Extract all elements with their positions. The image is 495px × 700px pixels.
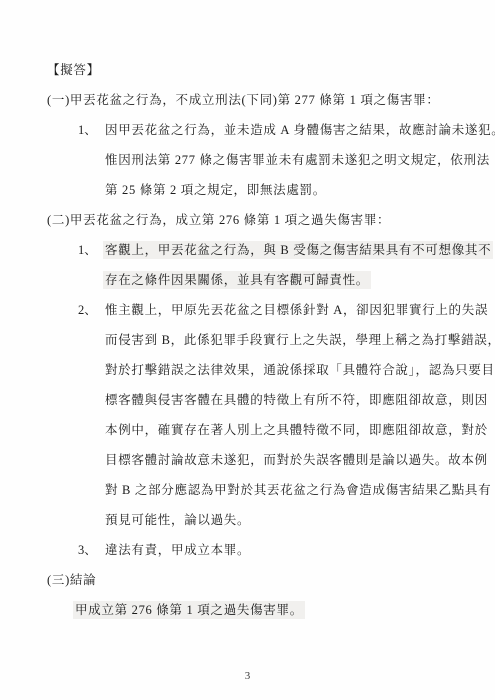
body-line-text: 目標客體討論故意未遂犯，而對於失誤客體則是論以過失。故本例	[105, 453, 488, 467]
body-line: 而侵害到 B，此係犯罪手段實行上之失誤，學理上稱之為打擊錯誤，	[105, 325, 457, 355]
body-line: 惟因刑法第 277 條之傷害罪並未有處罰未遂犯之明文規定，依刑法	[105, 145, 457, 175]
body-line: 本例中，確實存在著人別上之具體特徵不同，即應阻卻故意，對於	[105, 415, 457, 445]
body-line-text: 而侵害到 B，此係犯罪手段實行上之失誤，學理上稱之為打擊錯誤，	[105, 333, 495, 347]
list-item-number: 2、	[78, 295, 105, 325]
list-item: 1、客觀上，甲丟花盆之行為，與 B 受傷之傷害結果具有不可想像其不	[78, 235, 457, 265]
list-item-number: 1、	[78, 115, 105, 145]
body-line-text: 本例中，確實存在著人別上之具體特徵不同，即應阻卻故意，對於	[105, 423, 488, 437]
section-heading-text: (二)甲丟花盆之行為，成立第 276 條第 1 項之過失傷害罪：	[47, 213, 390, 227]
body-line: 存在之條件因果關係，並具有客觀可歸責性。	[105, 265, 457, 295]
body-line: 第 25 條第 2 項之規定，即無法處罰。	[105, 175, 457, 205]
list-item: 2、惟主觀上，甲原先丟花盆之目標係針對 A，卻因犯罪實行上的失誤	[78, 295, 457, 325]
list-item-text: 惟主觀上，甲原先丟花盆之目標係針對 A，卻因犯罪實行上的失誤	[105, 303, 488, 317]
document-page: 【擬答】 (一)甲丟花盆之行為，不成立刑法(下同)第 277 條第 1 項之傷害…	[0, 0, 495, 700]
page-number: 3	[0, 670, 495, 682]
body-line: 標客體與侵害客體在具體的特徵上有所不符，即應阻卻故意，則因	[105, 385, 457, 415]
body-line: 對 B 之部分應認為甲對於其丟花盆之行為會造成傷害結果乙點具有	[105, 475, 457, 505]
section-heading-1: (一)甲丟花盆之行為，不成立刑法(下同)第 277 條第 1 項之傷害罪：	[47, 85, 457, 115]
list-item: 1、因甲丟花盆之行為，並未造成 A 身體傷害之結果，故應討論未遂犯。	[78, 115, 457, 145]
conclusion-line: 甲成立第 276 條第 1 項之過失傷害罪。	[75, 595, 457, 625]
body-line-text: 第 25 條第 2 項之規定，即無法處罰。	[105, 183, 326, 197]
conclusion-text: 甲成立第 276 條第 1 項之過失傷害罪。	[75, 603, 303, 617]
list-item-text: 因甲丟花盆之行為，並未造成 A 身體傷害之結果，故應討論未遂犯。	[105, 123, 495, 137]
section-heading-text: (一)甲丟花盆之行為，不成立刑法(下同)第 277 條第 1 項之傷害罪：	[47, 93, 440, 107]
body-line: 目標客體討論故意未遂犯，而對於失誤客體則是論以過失。故本例	[105, 445, 457, 475]
list-item: 3、違法有責，甲成立本罪。	[78, 535, 457, 565]
body-line-text: 存在之條件因果關係，並具有客觀可歸責性。	[105, 273, 369, 287]
body-line-text: 標客體與侵害客體在具體的特徵上有所不符，即應阻卻故意，則因	[105, 393, 488, 407]
answer-heading-text: 【擬答】	[47, 63, 100, 77]
body-line-text: 對於打擊錯誤之法律效果，通說係採取「具體符合說」，認為只要目	[105, 363, 495, 377]
section-heading-3: (三)結論	[47, 565, 457, 595]
list-item-number: 3、	[78, 535, 105, 565]
list-item-number: 1、	[78, 235, 105, 265]
list-item-text: 客觀上，甲丟花盆之行為，與 B 受傷之傷害結果具有不可想像其不	[105, 243, 491, 257]
section-heading-text: (三)結論	[47, 573, 96, 587]
body-line: 對於打擊錯誤之法律效果，通說係採取「具體符合說」，認為只要目	[105, 355, 457, 385]
answer-heading: 【擬答】	[47, 55, 457, 85]
body-line-text: 預見可能性，論以過失。	[105, 513, 250, 527]
section-heading-2: (二)甲丟花盆之行為，成立第 276 條第 1 項之過失傷害罪：	[47, 205, 457, 235]
list-item-text: 違法有責，甲成立本罪。	[105, 543, 250, 557]
body-line-text: 惟因刑法第 277 條之傷害罪並未有處罰未遂犯之明文規定，依刑法	[105, 153, 490, 167]
body-line-text: 對 B 之部分應認為甲對於其丟花盆之行為會造成傷害結果乙點具有	[105, 483, 491, 497]
document-body: 【擬答】 (一)甲丟花盆之行為，不成立刑法(下同)第 277 條第 1 項之傷害…	[47, 55, 457, 625]
body-line: 預見可能性，論以過失。	[105, 505, 457, 535]
